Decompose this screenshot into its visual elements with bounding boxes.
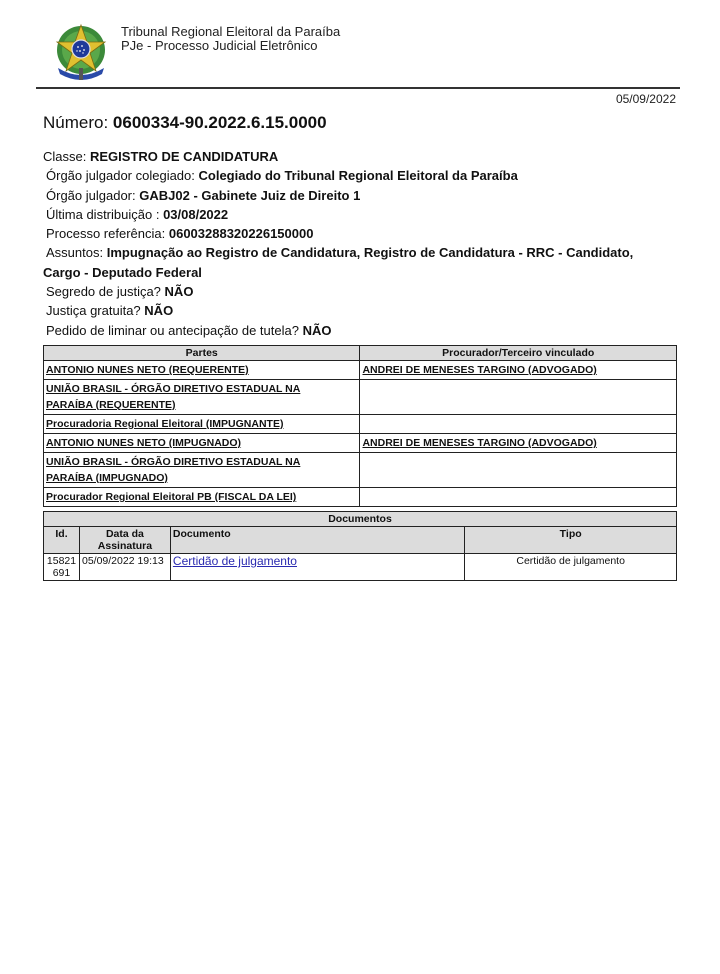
representative-cell: ANDREI DE MENESES TARGINO (ADVOGADO) [360, 434, 677, 453]
party-name: ANTONIO NUNES NETO (IMPUGNADO) [46, 437, 241, 449]
party-cell: UNIÃO BRASIL - ÓRGÃO DIRETIVO ESTADUAL N… [44, 453, 360, 488]
process-number: Número: 0600334-90.2022.6.15.0000 [43, 113, 327, 133]
header-text: Data da [106, 528, 144, 540]
document-id: 15821 691 [44, 554, 80, 581]
representative-cell [360, 380, 677, 415]
field-label: Última distribuição : [46, 207, 159, 222]
column-header-id: Id. [44, 527, 80, 554]
field-label: Segredo de justiça? [46, 284, 161, 299]
field-label: Classe: [43, 149, 86, 164]
field-label: Justiça gratuita? [46, 303, 141, 318]
field-assuntos: Assuntos: Impugnação ao Registro de Cand… [43, 243, 683, 262]
field-value: GABJ02 - Gabinete Juiz de Direito 1 [139, 188, 360, 203]
table-row: Procurador Regional Eleitoral PB (FISCAL… [44, 488, 677, 507]
document-date: 05/09/2022 19:13 [79, 554, 170, 581]
field-value: NÃO [165, 284, 194, 299]
column-header-partes: Partes [44, 346, 360, 361]
document-link[interactable]: Certidão de julgamento [173, 554, 297, 568]
document-id-part: 15821 [47, 555, 76, 567]
field-pedido-liminar: Pedido de liminar ou antecipação de tute… [43, 321, 683, 340]
header-text: Assinatura [98, 540, 152, 552]
field-label: Pedido de liminar ou antecipação de tute… [46, 323, 299, 338]
party-cell: Procuradoria Regional Eleitoral (IMPUGNA… [44, 415, 360, 434]
field-orgao-colegiado: Órgão julgador colegiado: Colegiado do T… [43, 166, 683, 185]
parties-table: Partes Procurador/Terceiro vinculado ANT… [43, 345, 677, 507]
table-row: Procuradoria Regional Eleitoral (IMPUGNA… [44, 415, 677, 434]
table-row: ANTONIO NUNES NETO (REQUERENTE) ANDREI D… [44, 361, 677, 380]
field-label: Processo referência: [46, 226, 165, 241]
party-name: ANTONIO NUNES NETO (REQUERENTE) [46, 364, 249, 376]
table-row: UNIÃO BRASIL - ÓRGÃO DIRETIVO ESTADUAL N… [44, 380, 677, 415]
column-header-documento: Documento [170, 527, 464, 554]
field-value: REGISTRO DE CANDIDATURA [90, 149, 278, 164]
document-id-part: 691 [53, 567, 71, 579]
document-type: Certidão de julgamento [465, 554, 677, 581]
field-value: NÃO [303, 323, 332, 338]
table-row: 15821 691 05/09/2022 19:13 Certidão de j… [44, 554, 677, 581]
party-name: Procuradoria Regional Eleitoral (IMPUGNA… [46, 418, 283, 430]
table-row: ANTONIO NUNES NETO (IMPUGNADO) ANDREI DE… [44, 434, 677, 453]
party-cell: UNIÃO BRASIL - ÓRGÃO DIRETIVO ESTADUAL N… [44, 380, 360, 415]
field-orgao-julgador: Órgão julgador: GABJ02 - Gabinete Juiz d… [43, 186, 683, 205]
field-label: Órgão julgador: [46, 188, 136, 203]
party-cell: ANTONIO NUNES NETO (IMPUGNADO) [44, 434, 360, 453]
documents-table: Documentos Id. Data da Assinatura Docume… [43, 511, 677, 581]
field-value: NÃO [144, 303, 173, 318]
process-details: Classe: REGISTRO DE CANDIDATURA Órgão ju… [43, 147, 683, 340]
column-header-procurador: Procurador/Terceiro vinculado [360, 346, 677, 361]
representative-name: ANDREI DE MENESES TARGINO (ADVOGADO) [362, 364, 596, 376]
party-cell: Procurador Regional Eleitoral PB (FISCAL… [44, 488, 360, 507]
representative-cell [360, 453, 677, 488]
field-assuntos-continuation: Cargo - Deputado Federal [43, 263, 683, 282]
parties-header-row: Partes Procurador/Terceiro vinculado [44, 346, 677, 361]
documents-title: Documentos [44, 512, 677, 527]
document-cell: Certidão de julgamento [170, 554, 464, 581]
field-value: 06003288320226150000 [169, 226, 314, 241]
print-date: 05/09/2022 [616, 92, 676, 106]
field-justica-gratuita: Justiça gratuita? NÃO [43, 301, 683, 320]
column-header-tipo: Tipo [465, 527, 677, 554]
party-name-continuation: PARAÍBA (REQUERENTE) [46, 399, 176, 411]
process-number-value: 0600334-90.2022.6.15.0000 [113, 113, 327, 132]
field-classe: Classe: REGISTRO DE CANDIDATURA [43, 147, 683, 166]
party-name: Procurador Regional Eleitoral PB (FISCAL… [46, 491, 296, 503]
field-label: Assuntos: [46, 245, 103, 260]
field-value: 03/08/2022 [163, 207, 228, 222]
field-label: Órgão julgador colegiado: [46, 168, 195, 183]
documents-header-row: Id. Data da Assinatura Documento Tipo [44, 527, 677, 554]
system-name: PJe - Processo Judicial Eletrônico [121, 39, 340, 53]
field-processo-referencia: Processo referência: 0600328832022615000… [43, 224, 683, 243]
representative-cell [360, 415, 677, 434]
field-ultima-distribuicao: Última distribuição : 03/08/2022 [43, 205, 683, 224]
party-name-continuation: PARAÍBA (IMPUGNADO) [46, 472, 168, 484]
party-name: UNIÃO BRASIL - ÓRGÃO DIRETIVO ESTADUAL N… [46, 383, 300, 395]
party-cell: ANTONIO NUNES NETO (REQUERENTE) [44, 361, 360, 380]
documents-title-row: Documentos [44, 512, 677, 527]
header-divider [36, 87, 680, 89]
table-row: UNIÃO BRASIL - ÓRGÃO DIRETIVO ESTADUAL N… [44, 453, 677, 488]
field-value: Cargo - Deputado Federal [43, 265, 202, 280]
brazil-coat-of-arms-icon [50, 20, 112, 84]
field-value: Colegiado do Tribunal Regional Eleitoral… [199, 168, 518, 183]
representative-cell: ANDREI DE MENESES TARGINO (ADVOGADO) [360, 361, 677, 380]
representative-cell [360, 488, 677, 507]
column-header-data-assinatura: Data da Assinatura [79, 527, 170, 554]
representative-name: ANDREI DE MENESES TARGINO (ADVOGADO) [362, 437, 596, 449]
party-name: UNIÃO BRASIL - ÓRGÃO DIRETIVO ESTADUAL N… [46, 456, 300, 468]
field-value: Impugnação ao Registro de Candidatura, R… [107, 245, 634, 260]
process-number-label: Número: [43, 113, 108, 132]
field-segredo-justica: Segredo de justiça? NÃO [43, 282, 683, 301]
document-header: Tribunal Regional Eleitoral da Paraíba P… [50, 20, 690, 86]
court-name: Tribunal Regional Eleitoral da Paraíba [121, 25, 340, 39]
